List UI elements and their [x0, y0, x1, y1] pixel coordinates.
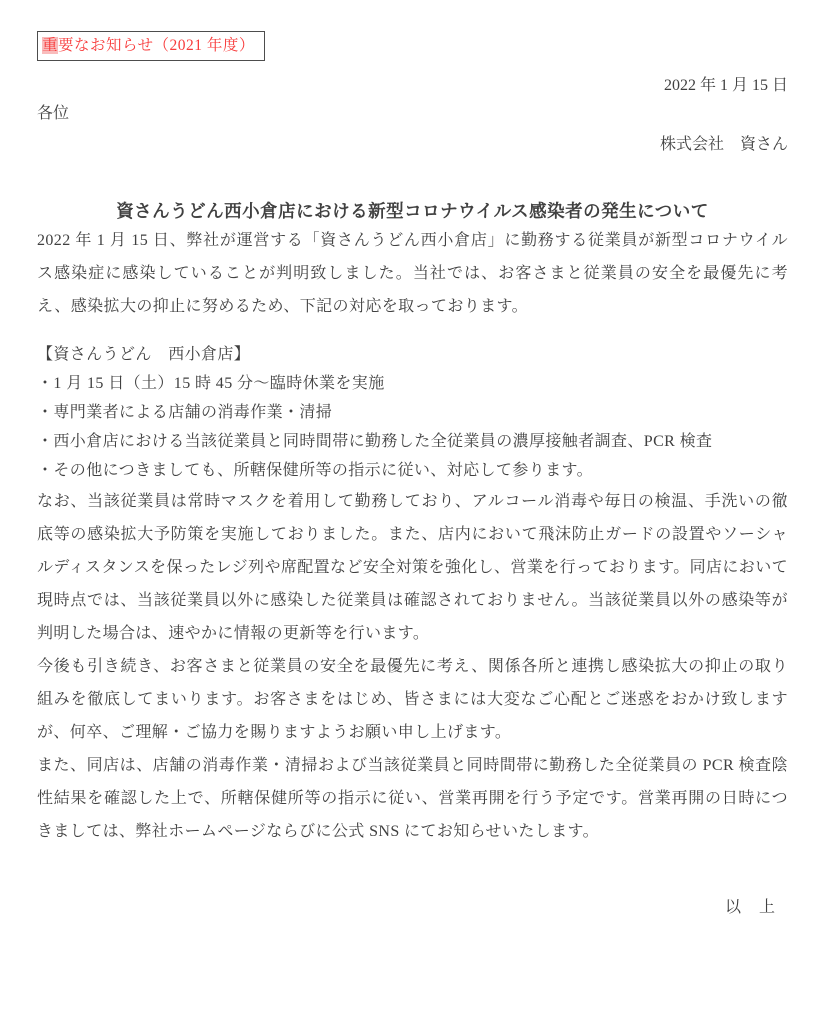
document-content: 重要なお知らせ（2021 年度） 2022 年 1 月 15 日 各位 株式会社…: [0, 0, 821, 924]
prevention-paragraph: なお、当該従業員は常時マスクを着用して勤務しており、アルコール消毒や毎日の検温、…: [37, 485, 788, 650]
addressee: 各位: [37, 103, 788, 125]
measures-section: 【資さんうどん 西小倉店】 ・1 月 15 日（土）15 時 45 分～臨時休業…: [37, 340, 788, 485]
commitment-paragraph: 今後も引き続き、お客さまと従業員の安全を最優先に考え、関係各所と連携し感染拡大の…: [37, 650, 788, 749]
badge-label: 要なお知らせ（2021 年度）: [58, 37, 255, 54]
measure-item: ・その他につきましても、所轄保健所等の指示に従い、対応して参ります。: [37, 456, 788, 485]
document-page: 重要なお知らせ（2021 年度） 2022 年 1 月 15 日 各位 株式会社…: [0, 0, 821, 1024]
measure-item: ・西小倉店における当該従業員と同時間帯に勤務した全従業員の濃厚接触者調査、PCR…: [37, 427, 788, 456]
intro-paragraph: 2022 年 1 月 15 日、弊社が運営する「資さんうどん西小倉店」に勤務する…: [37, 224, 788, 323]
measures-heading: 【資さんうどん 西小倉店】: [37, 340, 788, 369]
badge-highlighted-char: 重: [42, 37, 58, 54]
important-notice-badge: 重要なお知らせ（2021 年度）: [37, 31, 265, 61]
document-title: 資さんうどん西小倉店における新型コロナウイルス感染者の発生について: [37, 198, 788, 224]
measure-item: ・専門業者による店舗の消毒作業・清掃: [37, 398, 788, 427]
closing-mark: 以 上: [37, 891, 776, 924]
company-name: 株式会社 資さん: [37, 134, 788, 156]
document-date: 2022 年 1 月 15 日: [37, 75, 788, 97]
measure-item: ・1 月 15 日（土）15 時 45 分～臨時休業を実施: [37, 369, 788, 398]
reopening-paragraph: また、同店は、店舗の消毒作業・清掃および当該従業員と同時間帯に勤務した全従業員の…: [37, 749, 788, 848]
